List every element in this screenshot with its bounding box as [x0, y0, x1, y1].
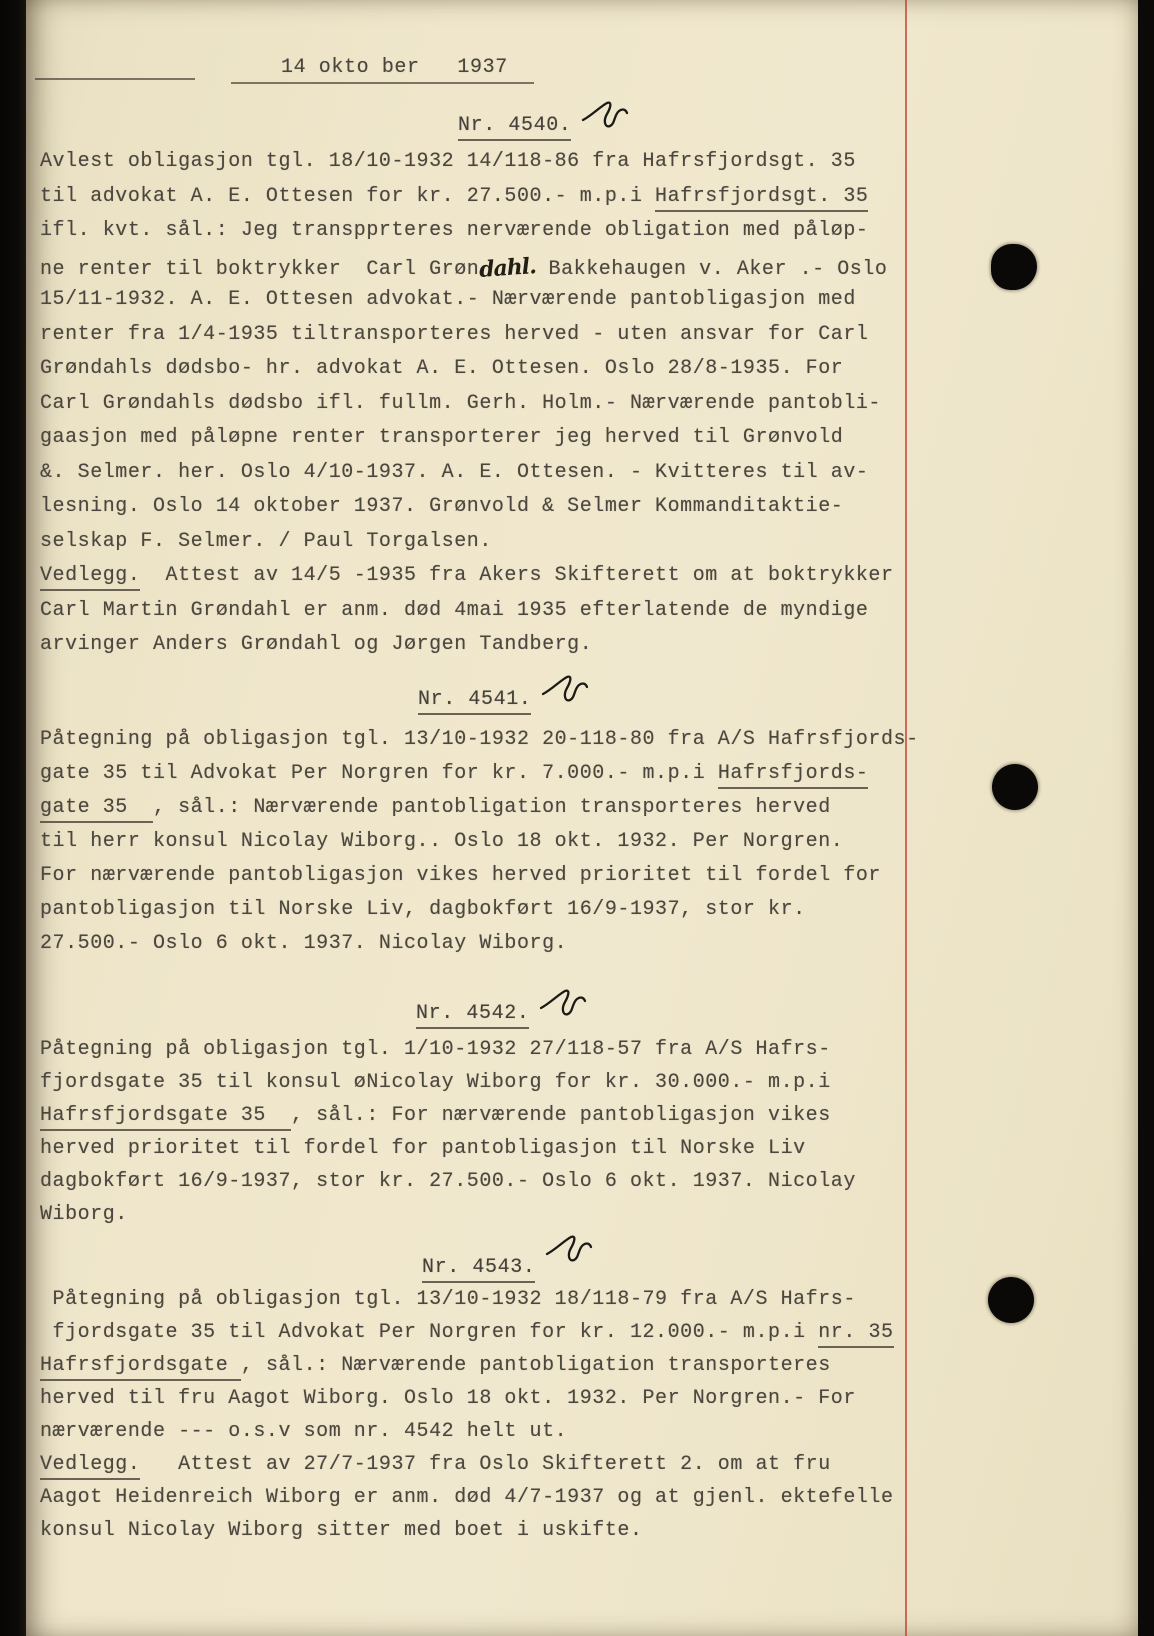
text-line: pantobligasjon til Norske Liv, dagbokfør… — [40, 898, 806, 928]
text-line: Hafrsfjordsgate , sål.: Nærværende panto… — [40, 1354, 831, 1384]
book-binding-edge — [0, 0, 26, 1636]
text-line: 15/11-1932. A. E. Ottesen advokat.- Nærv… — [40, 288, 856, 318]
text-line: gate 35 til Advokat Per Norgren for kr. … — [40, 762, 868, 792]
text-line: gate 35 , sål.: Nærværende pantobligatio… — [40, 796, 831, 826]
text-line: Påtegning på obligasjon tgl. 1/10-1932 2… — [40, 1038, 831, 1068]
entry-heading: Nr. 4540. — [458, 108, 629, 138]
text-line: arvinger Anders Grøndahl og Jørgen Tandb… — [40, 633, 592, 663]
entry-number: Nr. 4540. — [458, 114, 571, 141]
scanned-document-page: 14 okto ber 1937 Nr. 4540.Avlest obligas… — [0, 0, 1154, 1636]
text-line: Vedlegg. Attest av 14/5 -1935 fra Akers … — [40, 564, 894, 594]
handwritten-correction: dahl. — [479, 253, 537, 283]
text-line: ne renter til boktrykker Carl Grøndahl. … — [40, 254, 887, 284]
entry-heading: Nr. 4541. — [418, 682, 589, 712]
text-line: Carl Grøndahls dødsbo ifl. fullm. Gerh. … — [40, 392, 881, 422]
entry-heading: Nr. 4542. — [416, 996, 587, 1026]
text-line: Grøndahls dødsbo- hr. advokat A. E. Otte… — [40, 357, 843, 387]
text-line: Carl Martin Grøndahl er anm. død 4mai 19… — [40, 599, 868, 629]
text-line: renter fra 1/4-1935 tiltransporteres her… — [40, 323, 868, 353]
entry-heading: Nr. 4543. — [422, 1250, 593, 1280]
entry-number: Nr. 4543. — [422, 1256, 535, 1283]
text-line: til herr konsul Nicolay Wiborg.. Oslo 18… — [40, 830, 843, 860]
handwritten-squiggle-icon — [545, 1234, 593, 1268]
text-line: For nærværende pantobligasjon vikes herv… — [40, 864, 881, 894]
entries-container: Nr. 4540.Avlest obligasjon tgl. 18/10-19… — [26, 0, 1138, 1636]
text-line: Vedlegg. Attest av 27/7-1937 fra Oslo Sk… — [40, 1453, 831, 1483]
text-line: nærværende --- o.s.v som nr. 4542 helt u… — [40, 1420, 567, 1450]
text-line: fjordsgate 35 til konsul øNicolay Wiborg… — [40, 1071, 831, 1101]
text-line: Wiborg. — [40, 1203, 128, 1233]
paper-page: 14 okto ber 1937 Nr. 4540.Avlest obligas… — [26, 0, 1138, 1636]
text-line: lesning. Oslo 14 oktober 1937. Grønvold … — [40, 495, 843, 525]
handwritten-squiggle-icon — [541, 674, 589, 708]
text-line: dagbokført 16/9-1937, stor kr. 27.500.- … — [40, 1170, 856, 1200]
text-line: Avlest obligasjon tgl. 18/10-1932 14/118… — [40, 150, 856, 180]
text-line: til advokat A. E. Ottesen for kr. 27.500… — [40, 185, 868, 215]
text-line: Hafrsfjordsgate 35 , sål.: For nærværend… — [40, 1104, 831, 1134]
text-line: herved til fru Aagot Wiborg. Oslo 18 okt… — [40, 1387, 856, 1417]
text-line: selskap F. Selmer. / Paul Torgalsen. — [40, 530, 492, 560]
text-line: Påtegning på obligasjon tgl. 13/10-1932 … — [40, 1288, 856, 1318]
entry-number: Nr. 4541. — [418, 688, 531, 715]
text-line: fjordsgate 35 til Advokat Per Norgren fo… — [40, 1321, 894, 1351]
text-line: konsul Nicolay Wiborg sitter med boet i … — [40, 1519, 643, 1549]
text-line: ifl. kvt. sål.: Jeg transpprteres nervær… — [40, 219, 868, 249]
punch-hole — [992, 764, 1038, 810]
text-line: gaasjon med påløpne renter transporterer… — [40, 426, 843, 456]
text-line: herved prioritet til fordel for pantobli… — [40, 1137, 806, 1167]
handwritten-squiggle-icon — [581, 100, 629, 134]
punch-hole — [988, 1277, 1034, 1323]
handwritten-squiggle-icon — [539, 988, 587, 1022]
text-line: Aagot Heidenreich Wiborg er anm. død 4/7… — [40, 1486, 894, 1516]
text-line: Påtegning på obligasjon tgl. 13/10-1932 … — [40, 728, 919, 758]
entry-number: Nr. 4542. — [416, 1002, 529, 1029]
text-line: 27.500.- Oslo 6 okt. 1937. Nicolay Wibor… — [40, 932, 567, 962]
text-line: &. Selmer. her. Oslo 4/10-1937. A. E. Ot… — [40, 461, 868, 491]
